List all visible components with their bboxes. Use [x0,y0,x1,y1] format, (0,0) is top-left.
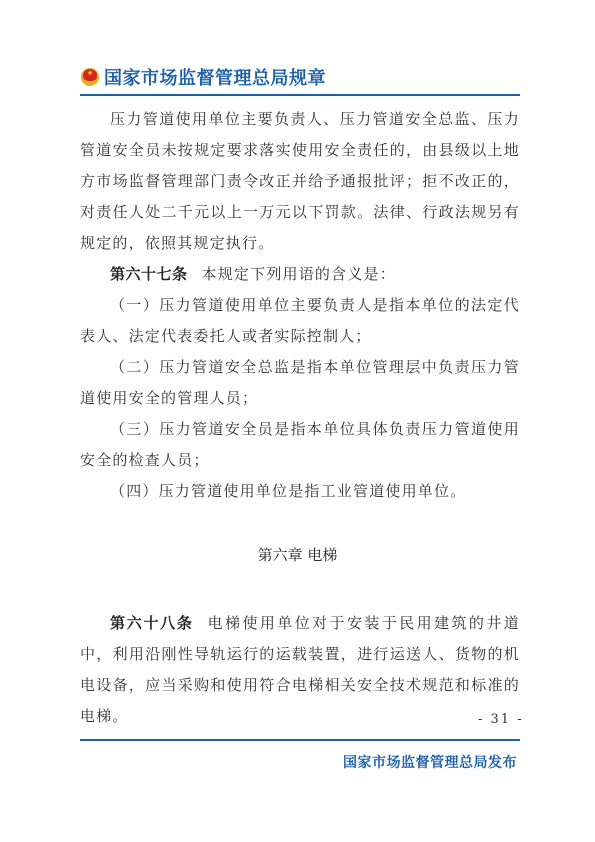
definition-item: （四）压力管道使用单位是指工业管道使用单位。 [80,476,520,507]
definition-item: （一）压力管道使用单位主要负责人是指本单位的法定代表人、法定代表委托人或者实际控… [80,290,520,352]
article-label: 第六十八条 [110,614,194,632]
document-body: 压力管道使用单位主要负责人、压力管道安全总监、压力管道安全员未按规定要求落实使用… [80,104,520,507]
document-body-continued: 第六十八条电梯使用单位对于安装于民用建筑的井道中，利用沿刚性导轨运行的运载装置，… [80,608,520,732]
article-67: 第六十七条本规定下列用语的含义是： [80,259,520,290]
paragraph: 压力管道使用单位主要负责人、压力管道安全总监、压力管道安全员未按规定要求落实使用… [80,104,520,259]
footer-publisher: 国家市场监督管理总局发布 [343,752,517,772]
article-68: 第六十八条电梯使用单位对于安装于民用建筑的井道中，利用沿刚性导轨运行的运载装置，… [80,608,520,732]
header-divider [80,94,520,96]
definition-item: （二）压力管道安全总监是指本单位管理层中负责压力管道使用安全的管理人员； [80,352,520,414]
national-emblem-icon: ★ [80,66,100,88]
page-number: - 31 - [478,712,524,727]
footer-divider [80,739,520,741]
definition-item: （三）压力管道安全员是指本单位具体负责压力管道使用安全的检查人员； [80,414,520,476]
article-text: 本规定下列用语的含义是： [202,265,396,283]
article-label: 第六十七条 [110,265,188,283]
page-header: ★ 国家市场监督管理总局规章 [80,64,326,90]
header-title: 国家市场监督管理总局规章 [104,64,326,90]
chapter-heading: 第六章 电梯 [0,544,595,565]
